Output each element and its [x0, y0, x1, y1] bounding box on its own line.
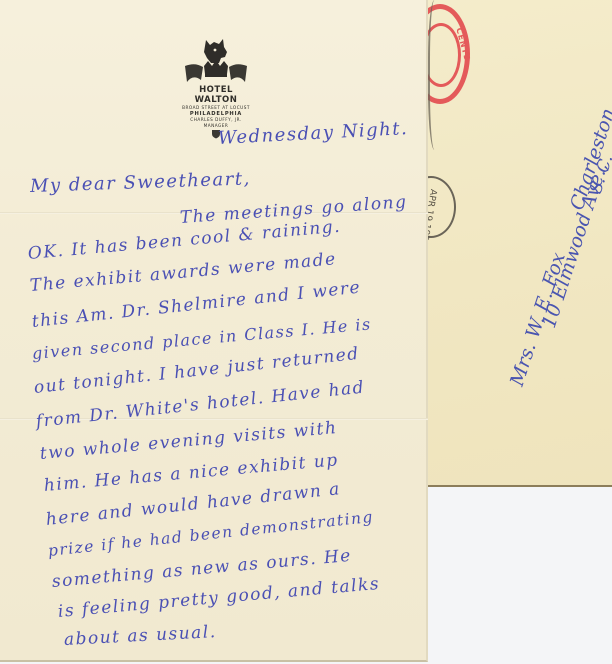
- letter-line: about as usual.: [63, 622, 217, 650]
- envelope-address: Mrs. W. E. Fox 10 Elmwood Ave., Charlest…: [420, 0, 612, 440]
- envelope: CENTS APR 19 1931 2 PM Mrs. W. E. Fox 10…: [420, 0, 612, 487]
- letter-salutation: My dear Sweetheart,: [30, 168, 251, 197]
- hotel-name: HOTEL WALTON: [178, 85, 254, 105]
- hotel-letterhead: HOTEL WALTON BROAD STREET AT LOCUST PHIL…: [178, 36, 254, 139]
- letter-sheet: HOTEL WALTON BROAD STREET AT LOCUST PHIL…: [0, 0, 428, 662]
- boar-head-crest-icon: [181, 36, 251, 84]
